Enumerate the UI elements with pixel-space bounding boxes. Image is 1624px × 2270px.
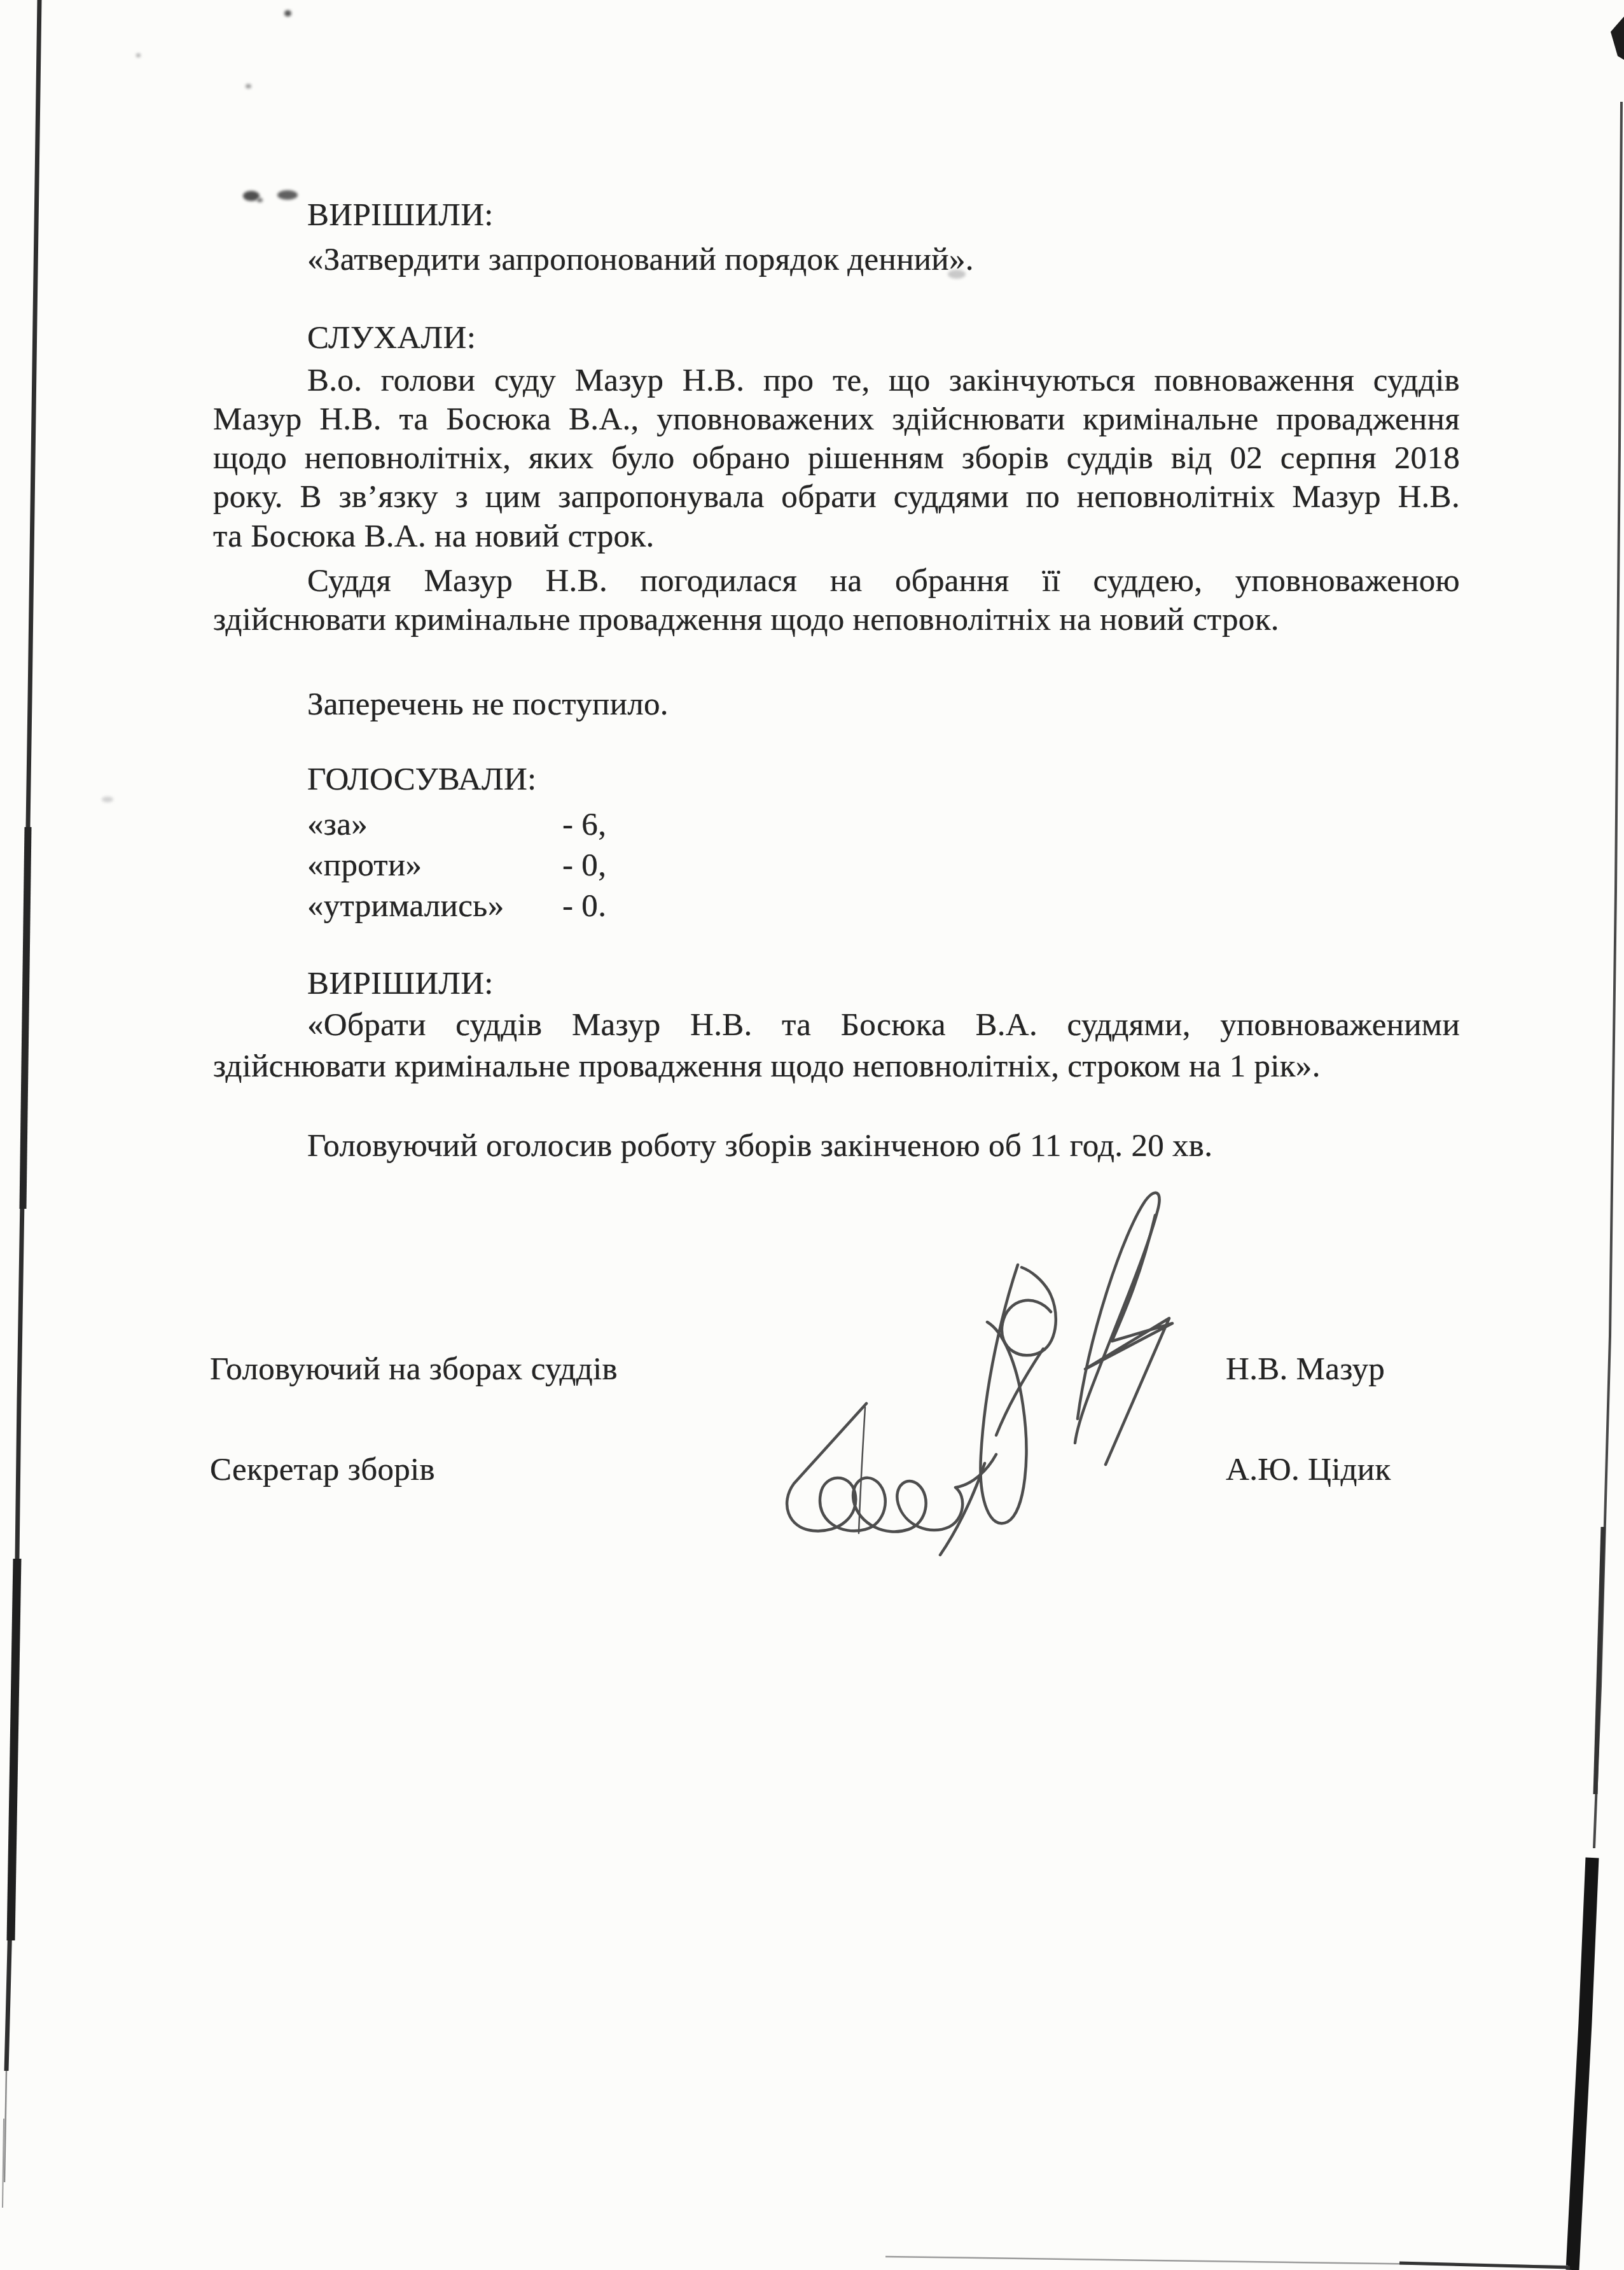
heard-line: В.о. голови суду Мазур Н.В. про те, що з… <box>307 361 1460 400</box>
vote-result: - 0, <box>562 846 606 885</box>
resolution2-line: «Обрати суддів Мазур Н.В. та Босюка В.А.… <box>307 1006 1460 1045</box>
signature-name: Н.В. Мазур <box>1226 1350 1385 1389</box>
signature-role: Головуючий на зборах суддів <box>210 1350 618 1389</box>
scanned-document-sheet: ВИРІШИЛИ: «Затвердити запропонований пор… <box>0 0 1624 2270</box>
resolution1-heading: ВИРІШИЛИ: <box>307 196 494 235</box>
scan-edge-right <box>1594 102 1621 1848</box>
scan-smudge <box>277 190 298 200</box>
no-objections-line: Заперечень не поступило. <box>307 685 669 724</box>
heard-line: Мазур Н.В. та Босюка В.А., уповноважених… <box>213 400 1460 439</box>
scan-corner-mark <box>1611 17 1624 60</box>
scan-edge-left-taper <box>3 2119 4 2208</box>
agree-line: здійснювати кримінальне провадження щодо… <box>213 601 1279 639</box>
signature-stroke <box>1085 1215 1172 1465</box>
signature-role: Секретар зборів <box>210 1451 435 1489</box>
signature-row: Секретар зборів А.Ю. Цідик <box>0 1451 1624 1489</box>
vote-result: - 0. <box>562 887 606 926</box>
signature-row: Головуючий на зборах суддів Н.В. Мазур <box>0 1350 1624 1389</box>
scan-edge-right-thick <box>1572 1858 1592 2270</box>
scan-bottom-edge <box>885 2257 1568 2266</box>
resolution2-line: здійснювати кримінальне провадження щодо… <box>213 1047 1321 1086</box>
signature-stroke <box>1075 1193 1160 1443</box>
heard-heading: СЛУХАЛИ: <box>307 319 476 358</box>
vote-option: «за» <box>307 805 368 844</box>
vote-result: - 6, <box>562 805 606 844</box>
agree-line: Суддя Мазур Н.В. погодилася на обрання ї… <box>307 562 1460 601</box>
scan-smudge <box>257 198 263 202</box>
heard-line: та Босюка В.А. на новий строк. <box>213 517 655 556</box>
vote-option: «утримались» <box>307 887 504 926</box>
heard-line: щодо неповнолітніх, яких було обрано ріш… <box>213 439 1460 478</box>
scan-edge-left <box>6 0 39 2071</box>
heard-line: року. В зв’язку з цим запропонувала обра… <box>213 478 1460 517</box>
scan-edge-left-thick <box>11 1559 17 1940</box>
scan-smudge <box>284 10 291 17</box>
scan-bottom-edge <box>1399 2263 1570 2267</box>
scan-smudge <box>948 270 966 279</box>
scan-smudge <box>246 84 251 88</box>
resolution2-heading: ВИРІШИЛИ: <box>307 964 494 1003</box>
signature-stroke <box>1002 1267 1056 1355</box>
scan-edge-left-thick <box>23 827 28 1209</box>
scan-smudge <box>136 53 141 57</box>
signature-name: А.Ю. Цідик <box>1226 1451 1391 1489</box>
closing-line: Головуючий оголосив роботу зборів закінч… <box>307 1127 1212 1166</box>
scan-edge-right <box>1595 1527 1603 1794</box>
resolution1-text: «Затвердити запропонований порядок денни… <box>307 240 974 279</box>
vote-heading: ГОЛОСУВАЛИ: <box>307 760 537 799</box>
scan-smudge <box>102 797 113 802</box>
vote-option: «проти» <box>307 846 422 885</box>
scan-edge-left-taper <box>4 2071 6 2182</box>
